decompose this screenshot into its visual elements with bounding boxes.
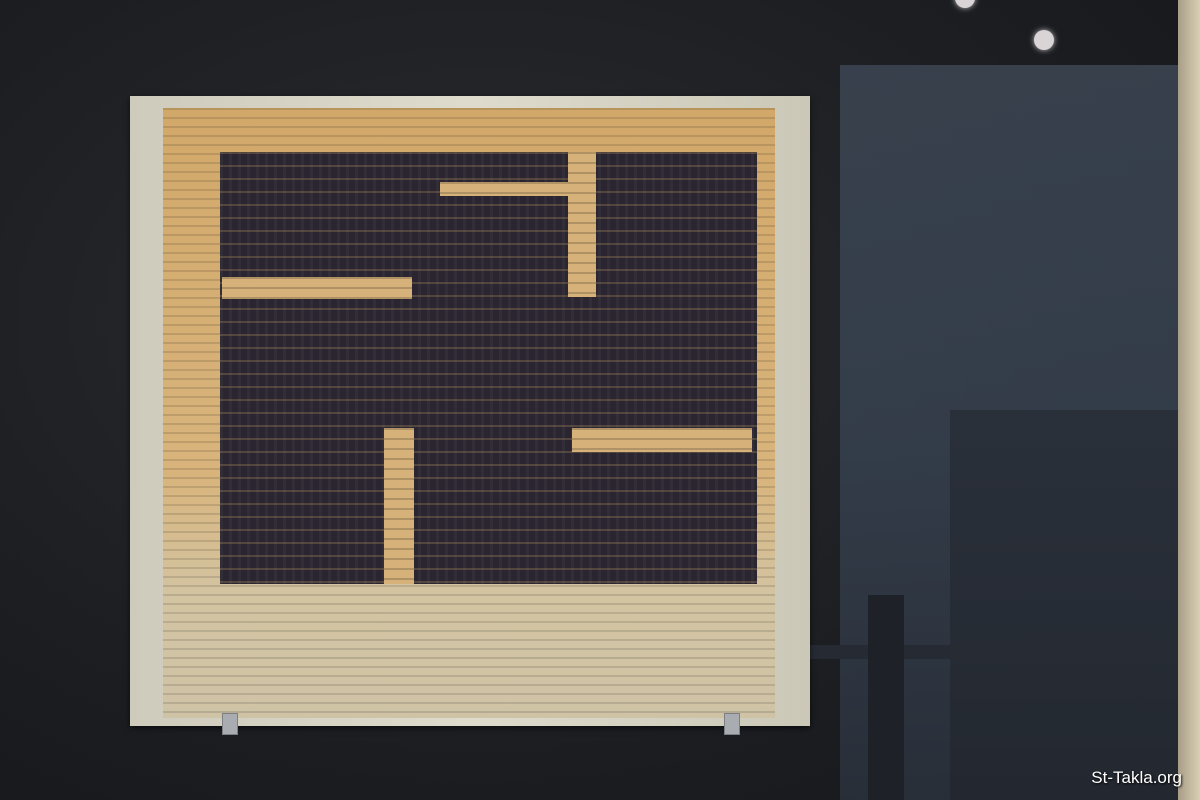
textile-dark-field xyxy=(220,152,757,584)
motif-horizontal-bar-left xyxy=(222,277,412,299)
reflection-stand-post xyxy=(868,595,904,800)
motif-horizontal-bar-right xyxy=(572,428,752,452)
display-case-edge xyxy=(1178,0,1200,800)
mount-peg xyxy=(724,713,740,735)
motif-vertical-stub-top xyxy=(568,152,596,297)
light-dot xyxy=(955,0,975,8)
glass-reflection-inner xyxy=(950,410,1180,800)
mount-peg xyxy=(222,713,238,735)
motif-vertical-bar-bottom xyxy=(384,428,414,584)
light-dot xyxy=(1034,30,1054,50)
watermark: St-Takla.org xyxy=(1091,768,1182,788)
motif-top-bar xyxy=(440,182,570,196)
